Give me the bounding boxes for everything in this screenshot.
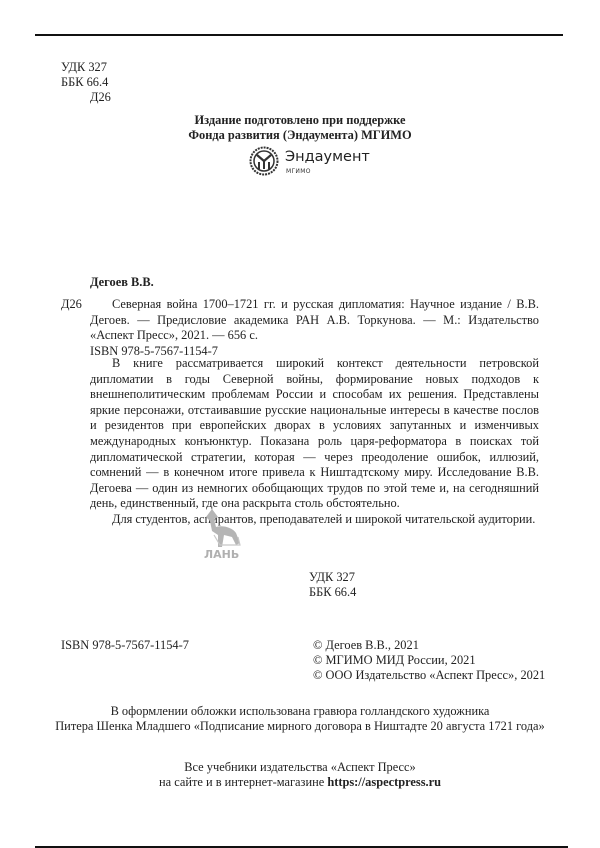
shop-line-2: на сайте и в интернет-магазине https://a…	[0, 775, 600, 790]
footer-isbn: ISBN 978-5-7567-1154-7	[61, 638, 189, 653]
endowment-name: Эндаумент	[285, 149, 370, 165]
card-description-text: Северная война 1700–1721 гг. и русская д…	[90, 297, 539, 344]
udk-code-2: УДК 327	[309, 570, 356, 585]
shop-line-2-prefix: на сайте и в интернет-магазине	[159, 775, 327, 789]
card-author: Дегоев В.В.	[90, 275, 154, 290]
copyright-list: © Дегоев В.В., 2021 © МГИМО МИД России, …	[313, 638, 545, 683]
support-line-1: Издание подготовлено при поддержке	[0, 113, 600, 128]
support-note: Издание подготовлено при поддержке Фонда…	[0, 113, 600, 143]
endowment-emblem-icon	[249, 146, 279, 176]
udk-code: УДК 327	[61, 60, 111, 75]
copyright-item: © МГИМО МИД России, 2021	[313, 653, 545, 668]
cover-note-line-1: В оформлении обложки использована гравюр…	[0, 704, 600, 719]
endowment-sub: МГИМО	[286, 168, 311, 175]
lan-deer-icon: ЛАНЬ	[200, 505, 250, 560]
bbk-code: ББК 66.4	[61, 75, 111, 90]
classification-block: УДК 327 ББК 66.4 Д26	[61, 60, 111, 105]
svg-text:ЛАНЬ: ЛАНЬ	[204, 548, 239, 560]
cover-note-line-2: Питера Шенка Младшего «Подписание мирног…	[0, 719, 600, 734]
card-class-code: Д26	[61, 297, 82, 312]
support-line-2: Фонда развития (Эндаумента) МГИМО	[0, 128, 600, 143]
shop-line-1: Все учебники издательства «Аспект Пресс»	[0, 760, 600, 775]
annotation: В книге рассматривается широкий контекст…	[90, 356, 539, 528]
classification-block-2: УДК 327 ББК 66.4	[309, 570, 356, 600]
annotation-paragraph-2: Для студентов, аспирантов, преподавателе…	[90, 512, 539, 528]
copyright-item: © Дегоев В.В., 2021	[313, 638, 545, 653]
copyright-item: © ООО Издательство «Аспект Пресс», 2021	[313, 668, 545, 683]
endowment-logo: Эндаумент МГИМО	[249, 146, 389, 182]
annotation-paragraph-1: В книге рассматривается широкий контекст…	[90, 356, 539, 512]
card-description: Северная война 1700–1721 гг. и русская д…	[90, 297, 539, 344]
author-mark: Д26	[61, 90, 111, 105]
shop-note: Все учебники издательства «Аспект Пресс»…	[0, 760, 600, 790]
cover-note: В оформлении обложки использована гравюр…	[0, 704, 600, 734]
top-rule	[35, 34, 563, 36]
shop-url-link[interactable]: https://aspectpress.ru	[327, 775, 441, 789]
bbk-code-2: ББК 66.4	[309, 585, 356, 600]
